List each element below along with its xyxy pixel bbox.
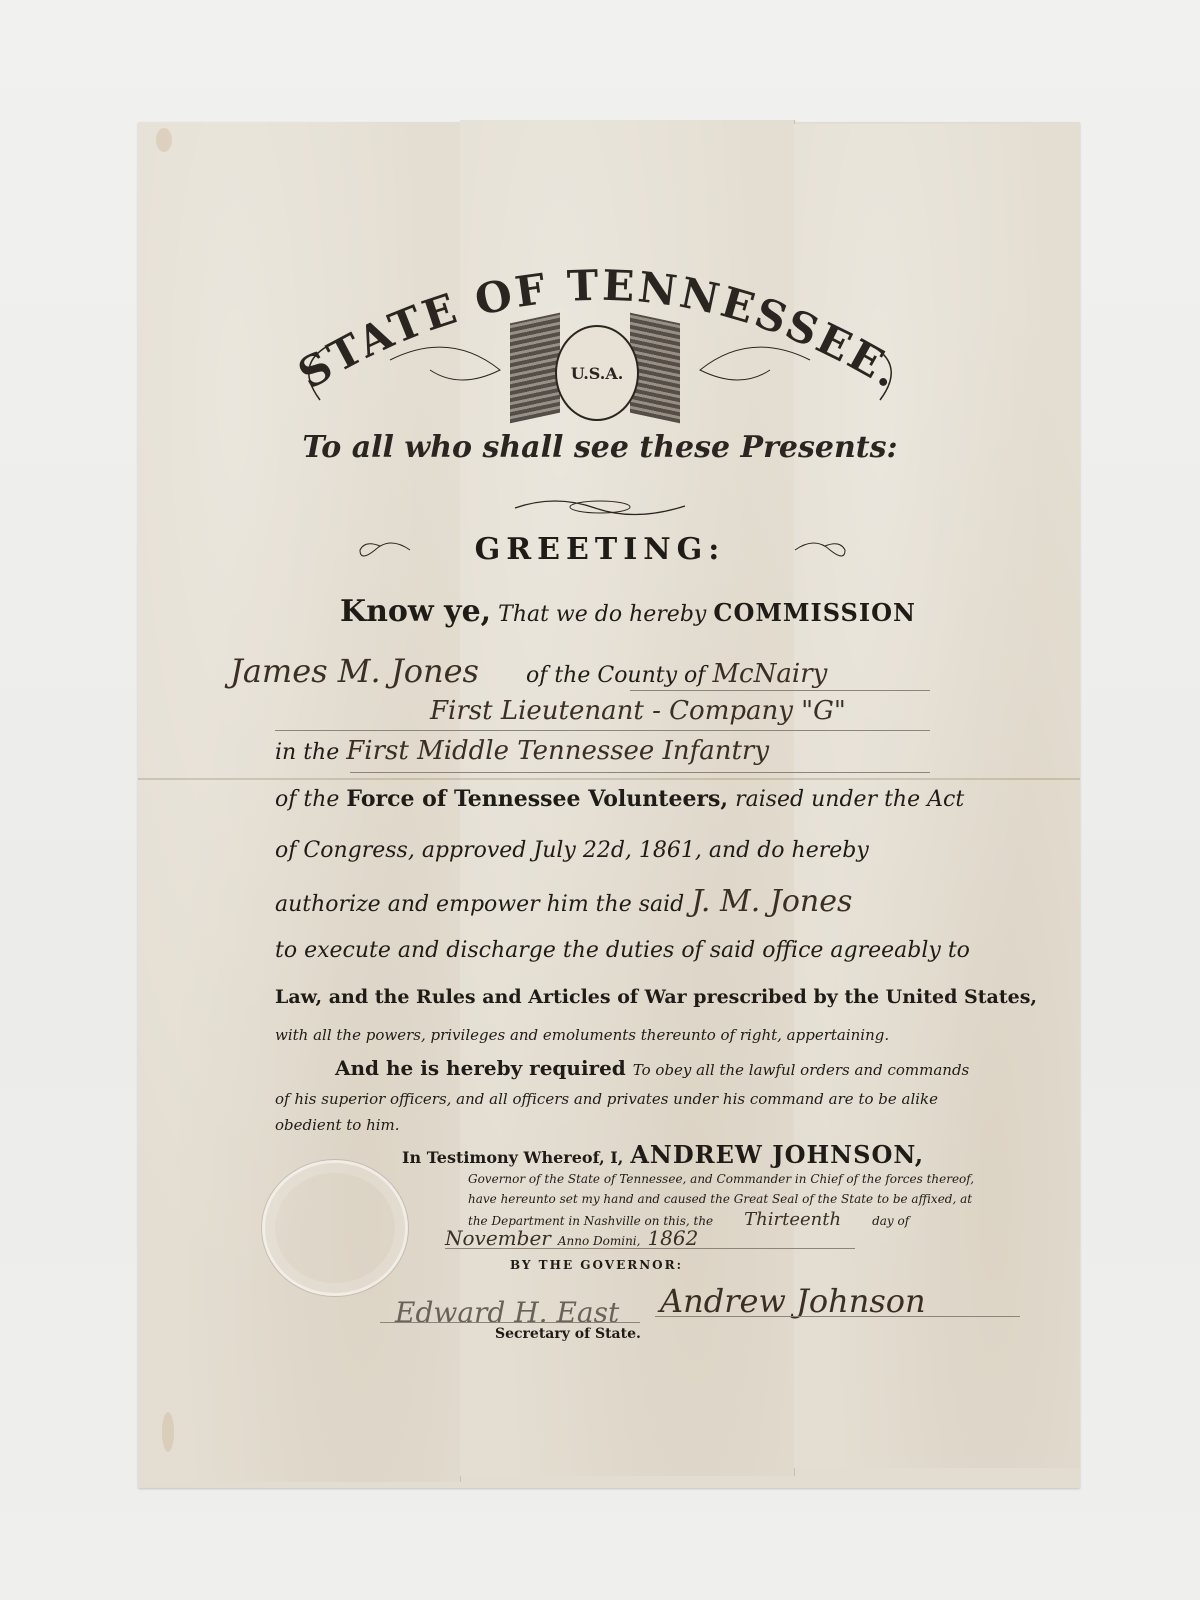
testimony-line-1: Governor of the State of Tennessee, and …	[468, 1172, 938, 1186]
fill-line	[630, 690, 930, 691]
anno-domini: Anno Domini,	[558, 1234, 641, 1248]
commission-clause: Know ye, That we do hereby COMMISSION	[340, 594, 930, 629]
flourish-icon	[510, 496, 690, 518]
year-handwritten: 1862	[647, 1226, 698, 1250]
appointee-name: James M. Jones	[230, 652, 479, 690]
greeting: GREETING:	[360, 532, 840, 567]
officers-line: of his superior officers, and all office…	[275, 1090, 935, 1108]
commission-keyword: COMMISSION	[713, 598, 916, 627]
force-line: of the Force of Tennessee Volunteers, ra…	[275, 786, 935, 812]
rank: First Lieutenant - Company "G"	[430, 696, 846, 726]
testimony-lead: In Testimony Whereof, I,	[402, 1148, 623, 1167]
authorize-text: authorize and empower him the said	[275, 892, 684, 917]
secretary-signature: Edward H. East	[395, 1296, 645, 1329]
required-lead: And he is hereby required	[335, 1056, 626, 1080]
embossed-seal	[262, 1160, 408, 1296]
emblem-text: U.S.A.	[571, 364, 624, 383]
appointee-short-name: J. M. Jones	[691, 884, 852, 919]
secretary-title: Secretary of State.	[495, 1326, 655, 1342]
usa-emblem: U.S.A.	[555, 325, 639, 421]
county-name: McNairy	[712, 659, 827, 689]
obedient-line: obedient to him.	[275, 1116, 935, 1134]
duties-line: to execute and discharge the duties of s…	[275, 938, 935, 963]
force-pre: of the	[275, 787, 339, 812]
county-label: of the County of	[526, 663, 705, 688]
congress-line: of Congress, approved July 22d, 1861, an…	[275, 838, 935, 863]
fill-line	[275, 730, 930, 731]
governor-signature: Andrew Johnson	[660, 1282, 1020, 1320]
governor-name: ANDREW JOHNSON,	[630, 1140, 924, 1169]
appointee-line: James M. Jones of the County of McNairy	[230, 652, 890, 690]
know-ye: Know ye,	[340, 594, 491, 629]
force-name: Force of Tennessee Volunteers,	[346, 786, 728, 812]
required-line: And he is hereby required To obey all th…	[275, 1056, 935, 1081]
authorize-line: authorize and empower him the said J. M.…	[275, 884, 935, 919]
secretary-signature-line	[380, 1322, 640, 1323]
by-the-governor: BY THE GOVERNOR:	[510, 1258, 710, 1272]
testimony-heading: In Testimony Whereof, I, ANDREW JOHNSON,	[402, 1140, 942, 1169]
rank-line: First Lieutenant - Company "G"	[430, 696, 1090, 726]
salutation: To all who shall see these Presents:	[280, 430, 920, 465]
fill-line	[350, 772, 930, 773]
testimony-line-2: have hereunto set my hand and caused the…	[468, 1192, 938, 1206]
fill-line	[445, 1248, 855, 1249]
regiment-line: in the First Middle Tennessee Infantry	[275, 736, 935, 766]
flourish-right-icon	[790, 538, 850, 562]
month-handwritten: November	[445, 1226, 551, 1250]
force-post: raised under the Act	[735, 787, 964, 812]
clause-text: That we do hereby	[498, 602, 706, 627]
date-post: day of	[872, 1214, 909, 1228]
powers-line: with all the powers, privileges and emol…	[275, 1026, 935, 1044]
law-line: Law, and the Rules and Articles of War p…	[275, 986, 935, 1008]
regiment-name: First Middle Tennessee Infantry	[346, 736, 769, 766]
governor-signature-line	[655, 1316, 1020, 1317]
required-text: To obey all the lawful orders and comman…	[633, 1061, 969, 1079]
flags-left-icon	[510, 313, 560, 424]
regiment-label: in the	[275, 740, 339, 765]
